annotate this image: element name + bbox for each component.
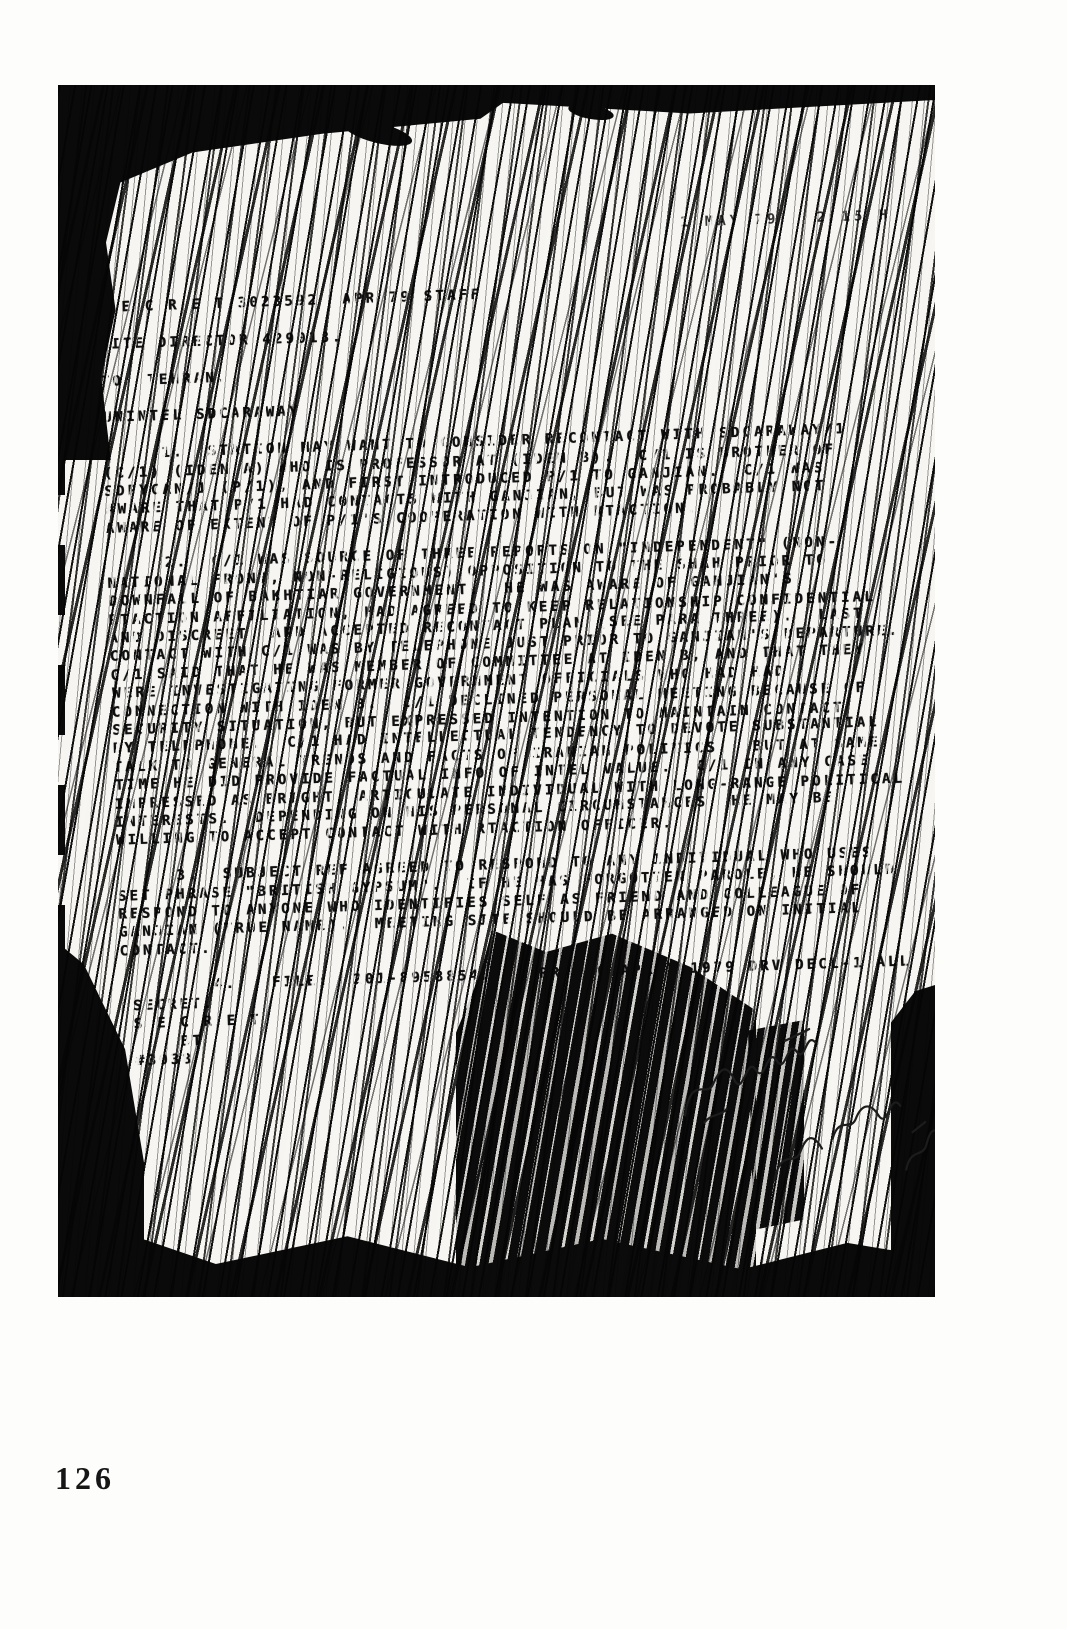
page-number: 126 — [55, 1460, 115, 1497]
scan-artifact-left-strip — [58, 455, 65, 975]
date-stamp: 1 MAY 79 2 15 H — [680, 207, 892, 230]
handwritten-annotation — [630, 978, 935, 1272]
scanned-cable-document: S E C R E T 3023592 APR 79 STAFF CITE DI… — [58, 85, 935, 1297]
scanned-page: S E C R E T 3023592 APR 79 STAFF CITE DI… — [0, 0, 1067, 1629]
